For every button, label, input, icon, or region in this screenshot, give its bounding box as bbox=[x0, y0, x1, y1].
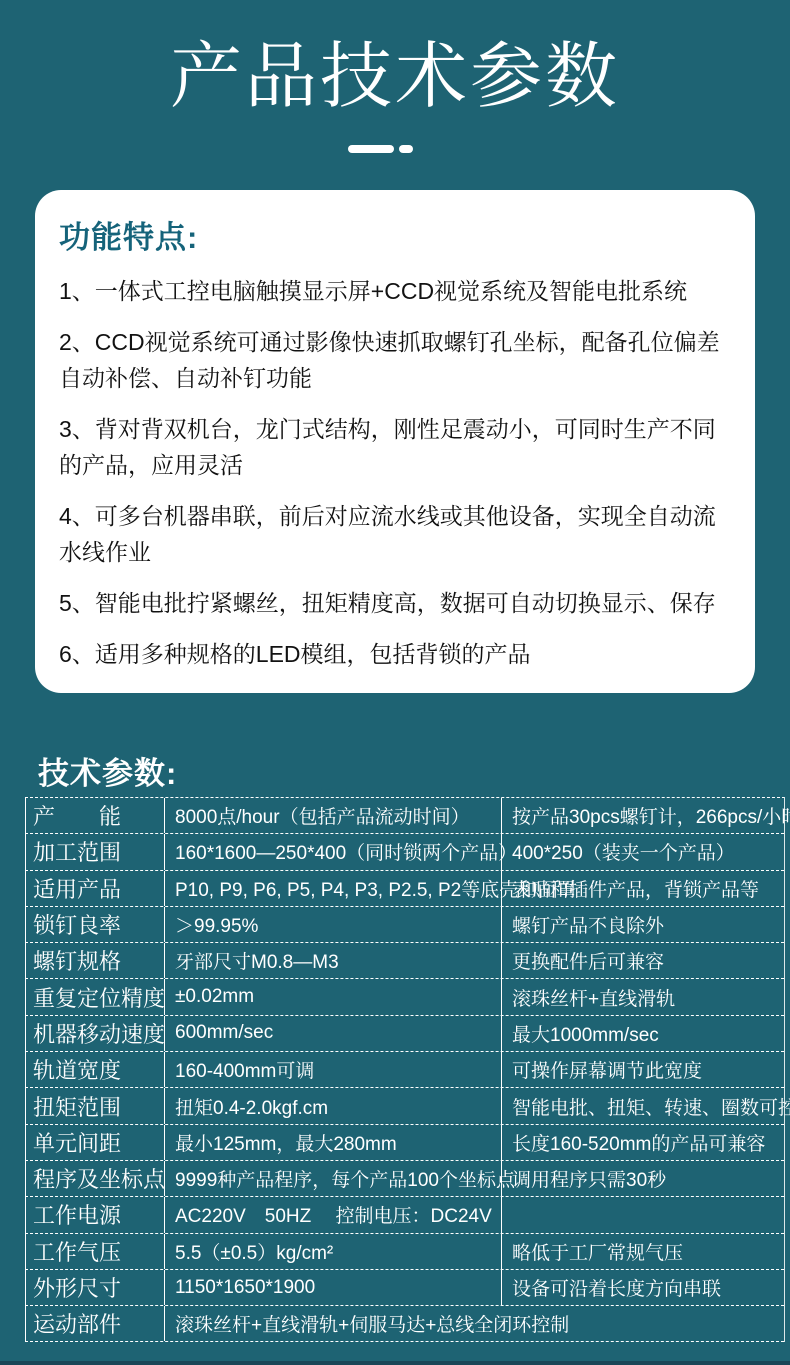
spec-note: 可操作屏幕调节此宽度 bbox=[501, 1052, 784, 1087]
spec-note: 更换配件后可兼容 bbox=[501, 943, 784, 978]
spec-value: 扭矩0.4-2.0kgf.cm bbox=[164, 1088, 501, 1123]
spec-label: 产 能 bbox=[25, 798, 164, 833]
spec-value: 1150*1650*1900 bbox=[164, 1270, 501, 1305]
spec-value: 8000点/hour（包括产品流动时间） bbox=[164, 798, 501, 833]
spec-label: 螺钉规格 bbox=[25, 943, 164, 978]
spec-row: 机器移动速度600mm/sec最大1000mm/sec bbox=[25, 1016, 784, 1052]
spec-row: 单元间距最小125mm，最大280mm长度160-520mm的产品可兼容 bbox=[25, 1125, 784, 1161]
spec-label: 适用产品 bbox=[25, 871, 164, 906]
spec-note bbox=[501, 1197, 784, 1232]
features-list: 1、一体式工控电脑触摸显示屏+CCD视觉系统及智能电批系统2、CCD视觉系统可通… bbox=[59, 273, 731, 672]
spec-row: 工作气压5.5（±0.5）kg/cm²略低于工厂常规气压 bbox=[25, 1234, 784, 1270]
spec-row: 轨道宽度160-400mm可调可操作屏幕调节此宽度 bbox=[25, 1052, 784, 1088]
spec-note: 略低于工厂常规气压 bbox=[501, 1234, 784, 1269]
spec-note: 调用程序只需30秒 bbox=[501, 1161, 784, 1196]
spec-row: 适用产品P10, P9, P6, P5, P4, P3, P2.5, P2等底壳… bbox=[25, 871, 784, 907]
spec-value: P10, P9, P6, P5, P4, P3, P2.5, P2等底壳和面罩 bbox=[164, 871, 501, 906]
feature-item: 6、适用多种规格的LED模组，包括背锁的产品 bbox=[59, 636, 731, 672]
spec-label: 扭矩范围 bbox=[25, 1088, 164, 1123]
spec-value: 滚珠丝杆+直线滑轨+伺服马达+总线全闭环控制 bbox=[164, 1306, 784, 1341]
spec-note: 滚珠丝杆+直线滑轨 bbox=[501, 979, 784, 1014]
spec-value: 9999种产品程序，每个产品100个坐标点 bbox=[164, 1161, 501, 1196]
spec-label: 机器移动速度 bbox=[25, 1016, 164, 1051]
feature-item: 2、CCD视觉系统可通过影像快速抓取螺钉孔坐标，配备孔位偏差自动补偿、自动补钉功… bbox=[59, 324, 731, 396]
spec-row: 重复定位精度±0.02mm滚珠丝杆+直线滑轨 bbox=[25, 979, 784, 1015]
specs-heading: 技术参数: bbox=[38, 748, 177, 793]
spec-row: 产 能8000点/hour（包括产品流动时间）按产品30pcs螺钉计，266pc… bbox=[25, 798, 784, 834]
spec-row: 运动部件滚珠丝杆+直线滑轨+伺服马达+总线全闭环控制 bbox=[25, 1306, 784, 1342]
title-underline-decoration bbox=[348, 145, 413, 153]
spec-row: 锁钉良率＞99.95%螺钉产品不良除外 bbox=[25, 907, 784, 943]
spec-label: 锁钉良率 bbox=[25, 907, 164, 942]
features-heading: 功能特点: bbox=[59, 212, 731, 257]
dash-long bbox=[348, 145, 394, 153]
spec-note: 设备可沿着长度方向串联 bbox=[501, 1270, 784, 1305]
spec-row: 螺钉规格牙部尺寸M0.8—M3更换配件后可兼容 bbox=[25, 943, 784, 979]
page-title: 产品技术参数 bbox=[0, 18, 790, 122]
spec-value: ＞99.95% bbox=[164, 907, 501, 942]
spec-row: 扭矩范围扭矩0.4-2.0kgf.cm智能电批、扭矩、转速、圈数可控 bbox=[25, 1088, 784, 1124]
spec-row: 加工范围160*1600—250*400（同时锁两个产品）400*250（装夹一… bbox=[25, 834, 784, 870]
spec-note: 长度160-520mm的产品可兼容 bbox=[501, 1125, 784, 1160]
spec-note: 智能电批、扭矩、转速、圈数可控 bbox=[501, 1088, 790, 1123]
feature-item: 1、一体式工控电脑触摸显示屏+CCD视觉系统及智能电批系统 bbox=[59, 273, 731, 309]
spec-label: 轨道宽度 bbox=[25, 1052, 164, 1087]
spec-note: 表贴和插件产品，背锁产品等 bbox=[501, 871, 784, 906]
spec-row: 工作电源AC220V 50HZ 控制电压：DC24V bbox=[25, 1197, 784, 1233]
bottom-edge-strip bbox=[0, 1361, 790, 1365]
features-card: 功能特点: 1、一体式工控电脑触摸显示屏+CCD视觉系统及智能电批系统2、CCD… bbox=[35, 190, 755, 693]
spec-label: 工作电源 bbox=[25, 1197, 164, 1232]
spec-note: 400*250（装夹一个产品） bbox=[501, 834, 784, 869]
spec-row: 外形尺寸1150*1650*1900设备可沿着长度方向串联 bbox=[25, 1270, 784, 1306]
spec-label: 加工范围 bbox=[25, 834, 164, 869]
spec-label: 工作气压 bbox=[25, 1234, 164, 1269]
spec-label: 运动部件 bbox=[25, 1306, 164, 1341]
feature-item: 5、智能电批拧紧螺丝，扭矩精度高，数据可自动切换显示、保存 bbox=[59, 585, 731, 621]
page-background: 产品技术参数 功能特点: 1、一体式工控电脑触摸显示屏+CCD视觉系统及智能电批… bbox=[0, 0, 790, 1365]
spec-note: 螺钉产品不良除外 bbox=[501, 907, 784, 942]
spec-note: 按产品30pcs螺钉计，266pcs/小时 bbox=[501, 798, 790, 833]
spec-value: 160-400mm可调 bbox=[164, 1052, 501, 1087]
spec-value: 600mm/sec bbox=[164, 1016, 501, 1051]
spec-value: 160*1600—250*400（同时锁两个产品） bbox=[164, 834, 501, 869]
spec-value: AC220V 50HZ 控制电压：DC24V bbox=[164, 1197, 501, 1232]
spec-label: 单元间距 bbox=[25, 1125, 164, 1160]
spec-label: 程序及坐标点 bbox=[25, 1161, 164, 1196]
dash-short bbox=[399, 145, 413, 153]
spec-value: ±0.02mm bbox=[164, 979, 501, 1014]
specs-table: 产 能8000点/hour（包括产品流动时间）按产品30pcs螺钉计，266pc… bbox=[25, 797, 785, 1342]
spec-row: 程序及坐标点9999种产品程序，每个产品100个坐标点调用程序只需30秒 bbox=[25, 1161, 784, 1197]
spec-value: 5.5（±0.5）kg/cm² bbox=[164, 1234, 501, 1269]
spec-label: 重复定位精度 bbox=[25, 979, 164, 1014]
spec-label: 外形尺寸 bbox=[25, 1270, 164, 1305]
feature-item: 4、可多台机器串联，前后对应流水线或其他设备，实现全自动流水线作业 bbox=[59, 498, 731, 570]
spec-note: 最大1000mm/sec bbox=[501, 1016, 784, 1051]
spec-value: 最小125mm，最大280mm bbox=[164, 1125, 501, 1160]
spec-value: 牙部尺寸M0.8—M3 bbox=[164, 943, 501, 978]
feature-item: 3、背对背双机台，龙门式结构，刚性足震动小，可同时生产不同的产品，应用灵活 bbox=[59, 411, 731, 483]
